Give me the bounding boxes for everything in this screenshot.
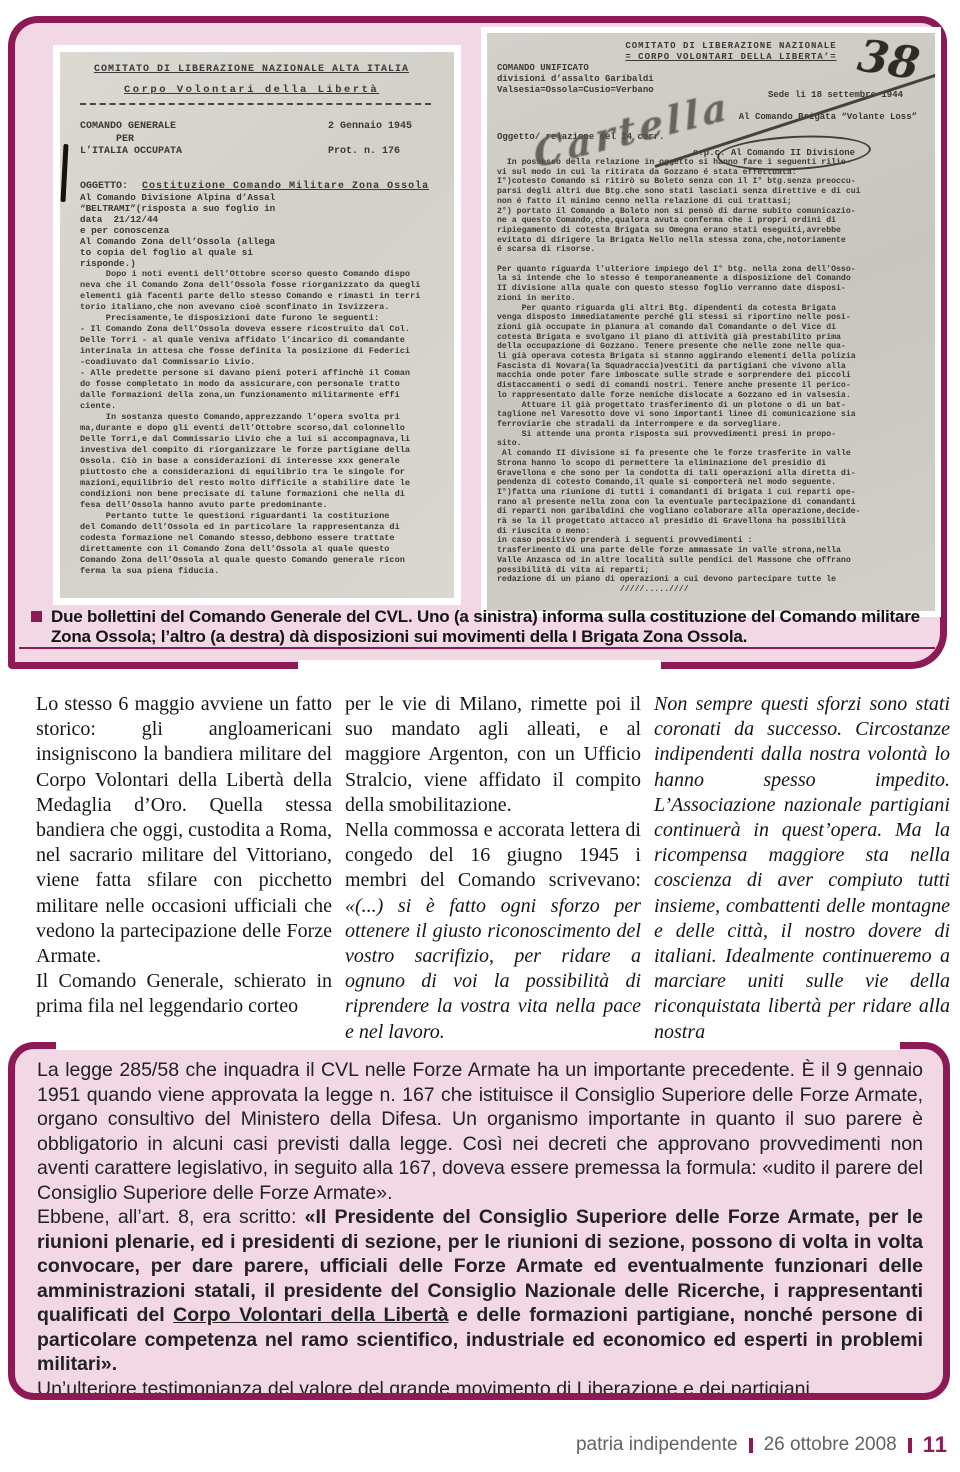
article-column-3: Non sempre questi sforzi sono stati coro… xyxy=(654,692,950,1045)
column2-regular-text: per le vie di Milano, rimette poi il suo… xyxy=(345,693,641,891)
doc-right-paper: COMITATO DI LIBERAZIONE NAZIONALE = CORP… xyxy=(487,33,935,611)
column2-quote-italic: «(...) si è fatto ogni sforzo per ottene… xyxy=(345,895,641,1043)
footer-separator-icon xyxy=(749,1438,753,1453)
doc-left-date-protocol: 2 Gennaio 1945 Prot. n. 176 xyxy=(328,121,412,159)
caption-text: Due bollettini del Comando Generale del … xyxy=(51,607,935,647)
panel-border-gap xyxy=(298,660,661,673)
doc-left-addressee: Al Comando Divisione Alpina d’Assal “BEL… xyxy=(80,192,446,269)
footer-magazine-name: patria indipendente xyxy=(576,1434,738,1456)
caption-rule xyxy=(19,647,935,649)
doc-left-header-line1: COMITATO DI LIBERAZIONE NAZIONALE ALTA I… xyxy=(94,64,446,76)
footer-page-number: 11 xyxy=(923,1432,948,1458)
document-scan-left: COMITATO DI LIBERAZIONE NAZIONALE ALTA I… xyxy=(53,45,461,605)
doc-left-subject-line: OGGETTO: Costituzione Comando Militare Z… xyxy=(80,181,446,192)
footer-separator-icon xyxy=(908,1438,912,1453)
documents-panel: COMITATO DI LIBERAZIONE NAZIONALE ALTA I… xyxy=(8,16,947,669)
doc-left-subject-label: OGGETTO: xyxy=(80,181,128,192)
doc-left-meta: COMANDO GENERALE PER L’ITALIA OCCUPATA 2… xyxy=(80,121,446,159)
law-box-border-gap xyxy=(56,1041,900,1050)
doc-left-paper: COMITATO DI LIBERAZIONE NAZIONALE ALTA I… xyxy=(60,52,454,598)
law-box: La legge 285/58 che inquadra il CVL nell… xyxy=(8,1042,950,1400)
law-regular-1: La legge 285/58 che inquadra il CVL nell… xyxy=(37,1059,923,1228)
law-box-text: La legge 285/58 che inquadra il CVL nell… xyxy=(15,1049,943,1400)
document-scan-right: COMITATO DI LIBERAZIONE NAZIONALE = CORP… xyxy=(481,27,941,617)
caption-bullet-icon xyxy=(31,611,42,622)
law-bold-underlined: Corpo Volontari della Libertà xyxy=(173,1304,448,1326)
doc-left-sender: COMANDO GENERALE PER L’ITALIA OCCUPATA xyxy=(80,121,182,159)
doc-right-epc-line: e.p.c. Al Comando II Divisione xyxy=(693,148,929,158)
article-columns: Lo stesso 6 maggio avviene un fatto stor… xyxy=(36,692,952,1045)
typed-divider xyxy=(80,103,431,105)
doc-right-body: In possesso della relazione in oggetto s… xyxy=(497,158,929,595)
footer-date: 26 ottobre 2008 xyxy=(764,1434,897,1456)
doc-left-subject: Costituzione Comando Militare Zona Ossol… xyxy=(142,181,429,192)
doc-left-body: Dopo i noti eventi dell’Ottobre scorso q… xyxy=(80,269,446,577)
photo-caption: Due bollettini del Comando Generale del … xyxy=(31,607,935,647)
article-column-2: per le vie di Milano, rimette poi il suo… xyxy=(345,692,641,1045)
ink-mark xyxy=(60,144,68,202)
article-column-1: Lo stesso 6 maggio avviene un fatto stor… xyxy=(36,692,332,1045)
page-footer: patria indipendente 26 ottobre 2008 11 xyxy=(576,1432,948,1458)
doc-left-header-line2: Corpo Volontari della Libertà xyxy=(124,84,446,96)
law-regular-2: Un’ulteriore testimonianza del valore de… xyxy=(37,1378,815,1400)
doc-right-epc-addressee: Al Comando II Divisione xyxy=(731,148,855,158)
magazine-page: COMITATO DI LIBERAZIONE NAZIONALE ALTA I… xyxy=(0,0,960,1472)
